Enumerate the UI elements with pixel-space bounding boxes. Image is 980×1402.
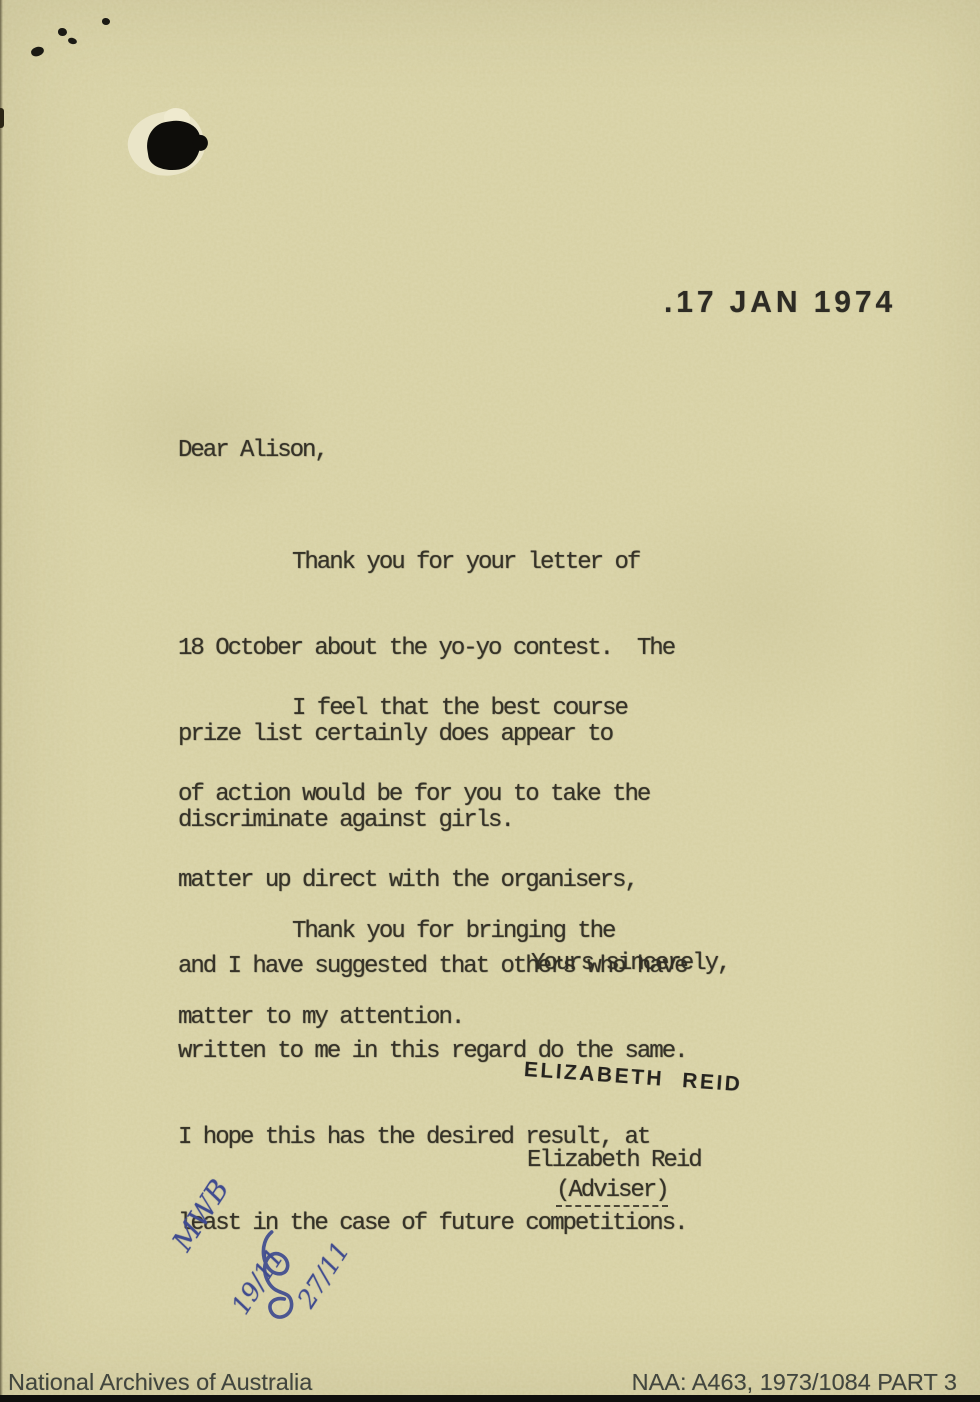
letter-line: of action would be for you to take the [178,781,687,810]
scan-left-edge-shadow [0,0,3,1402]
letter-salutation: Dear Alison, [178,437,327,466]
ink-speck [67,37,77,45]
letter-line: Thank you for bringing the [178,918,614,947]
letter-line: I feel that the best course [178,695,687,724]
letter-line: Thank you for your letter of [178,549,674,578]
handwritten-initials-text: MWB [166,1173,236,1256]
ink-speck [30,45,45,58]
bottom-scan-bar [0,1395,980,1402]
ink-speck [102,18,110,25]
typed-signature-title: (Adviser) [556,1176,701,1206]
date-received-stamp: .17 JAN 1974 [664,284,896,320]
letter-closing: Yours sincerely, [531,950,729,977]
scan-edge-notch [0,108,4,128]
letter-line: matter to my attention. [178,1004,614,1033]
footer-archive-name: National Archives of Australia [8,1369,312,1396]
typed-signature-name: Elizabeth Reid [527,1146,701,1176]
ink-speck [58,28,67,36]
typed-signature-block: Elizabeth Reid (Adviser) [527,1146,701,1206]
scanned-letter-page: .17 JAN 1974 Dear Alison, Thank you for … [0,0,980,1402]
footer-reference: NAA: A463, 1973/1084 PART 3 [632,1369,957,1396]
